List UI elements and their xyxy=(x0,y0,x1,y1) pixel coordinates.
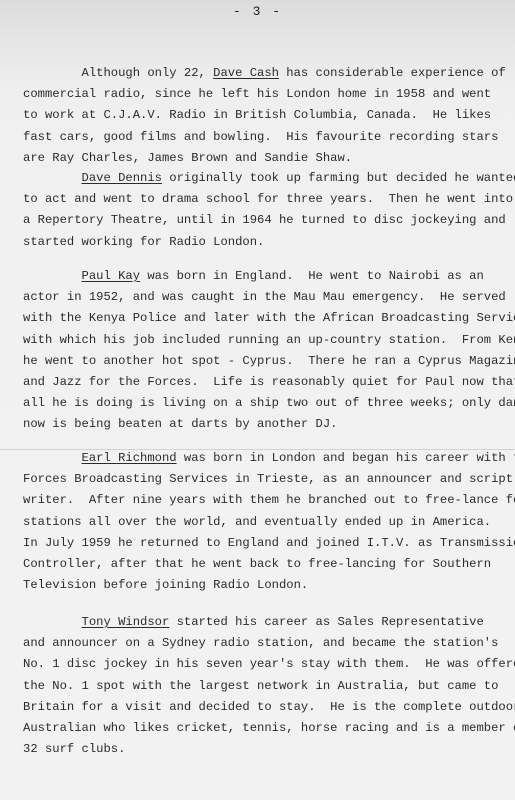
text-line: started working for Radio London. xyxy=(23,232,503,253)
line-text: he went to another hot spot - Cyprus. Th… xyxy=(23,354,515,368)
line-text: 32 surf clubs. xyxy=(23,742,125,756)
line-text: originally took up farming but decided h… xyxy=(162,171,515,185)
text-line: writer. After nine years with them he br… xyxy=(23,490,503,511)
text-line: with which his job included running an u… xyxy=(23,330,503,351)
text-line: Britain for a visit and decided to stay.… xyxy=(23,697,503,718)
text-line: and announcer on a Sydney radio station,… xyxy=(23,633,503,654)
line-text: a Repertory Theatre, until in 1964 he tu… xyxy=(23,213,506,227)
line-text: No. 1 disc jockey in his seven year's st… xyxy=(23,657,515,671)
text-line: he went to another hot spot - Cyprus. Th… xyxy=(23,351,503,372)
line-text: writer. After nine years with them he br… xyxy=(23,493,515,507)
dj-name-underlined: Tony Windsor xyxy=(82,615,170,629)
text-line: Dave Dennis originally took up farming b… xyxy=(23,168,503,189)
dj-name-underlined: Dave Cash xyxy=(213,66,279,80)
line-text: was born in England. He went to Nairobi … xyxy=(140,269,484,283)
line-text: stations all over the world, and eventua… xyxy=(23,515,491,529)
text-line: the No. 1 spot with the largest network … xyxy=(23,676,503,697)
text-line: Tony Windsor started his career as Sales… xyxy=(23,612,503,633)
text-line: 32 surf clubs. xyxy=(23,739,503,760)
line-text: fast cars, good films and bowling. His f… xyxy=(23,130,498,144)
line-text: Forces Broadcasting Services in Trieste,… xyxy=(23,472,513,486)
line-text: In July 1959 he returned to England and … xyxy=(23,536,515,550)
text-line: all he is doing is living on a ship two … xyxy=(23,393,503,414)
dj-name-underlined: Earl Richmond xyxy=(82,451,177,465)
text-line: to act and went to drama school for thre… xyxy=(23,189,503,210)
line-text: all he is doing is living on a ship two … xyxy=(23,396,515,410)
line-text xyxy=(23,171,82,185)
text-line: Controller, after that he went back to f… xyxy=(23,554,503,575)
text-line: Forces Broadcasting Services in Trieste,… xyxy=(23,469,503,490)
line-text: the No. 1 spot with the largest network … xyxy=(23,679,498,693)
line-text: Australian who likes cricket, tennis, ho… xyxy=(23,721,515,735)
text-line: Although only 22, Dave Cash has consider… xyxy=(23,63,503,84)
text-line: Earl Richmond was born in London and beg… xyxy=(23,448,503,469)
page-number: - 3 - xyxy=(0,4,515,19)
line-text: to work at C.J.A.V. Radio in British Col… xyxy=(23,108,491,122)
text-line: now is being beaten at darts by another … xyxy=(23,414,503,435)
line-text: Although only 22, xyxy=(23,66,213,80)
text-line: a Repertory Theatre, until in 1964 he tu… xyxy=(23,210,503,231)
line-text: with which his job included running an u… xyxy=(23,333,515,347)
text-line: stations all over the world, and eventua… xyxy=(23,512,503,533)
paragraph-dave-dennis: Dave Dennis originally took up farming b… xyxy=(23,168,503,253)
text-line: with the Kenya Police and later with the… xyxy=(23,308,503,329)
text-line: and Jazz for the Forces. Life is reasona… xyxy=(23,372,503,393)
line-text: started working for Radio London. xyxy=(23,235,264,249)
text-line: No. 1 disc jockey in his seven year's st… xyxy=(23,654,503,675)
line-text: Controller, after that he went back to f… xyxy=(23,557,491,571)
paragraph-dave-cash: Although only 22, Dave Cash has consider… xyxy=(23,63,503,169)
line-text: to act and went to drama school for thre… xyxy=(23,192,513,206)
text-line: commercial radio, since he left his Lond… xyxy=(23,84,503,105)
line-text: and announcer on a Sydney radio station,… xyxy=(23,636,498,650)
paragraph-tony-windsor: Tony Windsor started his career as Sales… xyxy=(23,612,503,760)
paragraph-paul-kay: Paul Kay was born in England. He went to… xyxy=(23,266,503,436)
line-text: has considerable experience of xyxy=(279,66,506,80)
line-text: and Jazz for the Forces. Life is reasona… xyxy=(23,375,515,389)
text-line: actor in 1952, and was caught in the Mau… xyxy=(23,287,503,308)
line-text: started his career as Sales Representati… xyxy=(169,615,484,629)
line-text: Television before joining Radio London. xyxy=(23,578,308,592)
line-text: are Ray Charles, James Brown and Sandie … xyxy=(23,151,352,165)
line-text xyxy=(23,615,82,629)
text-line: In July 1959 he returned to England and … xyxy=(23,533,503,554)
line-text xyxy=(23,451,82,465)
line-text: Britain for a visit and decided to stay.… xyxy=(23,700,515,714)
text-line: are Ray Charles, James Brown and Sandie … xyxy=(23,148,503,169)
paragraph-earl-richmond: Earl Richmond was born in London and beg… xyxy=(23,448,503,596)
text-line: to work at C.J.A.V. Radio in British Col… xyxy=(23,105,503,126)
text-line: fast cars, good films and bowling. His f… xyxy=(23,127,503,148)
line-text: was born in London and began his career … xyxy=(177,451,515,465)
text-line: Paul Kay was born in England. He went to… xyxy=(23,266,503,287)
dj-name-underlined: Dave Dennis xyxy=(82,171,162,185)
line-text: commercial radio, since he left his Lond… xyxy=(23,87,491,101)
text-line: Television before joining Radio London. xyxy=(23,575,503,596)
dj-name-underlined: Paul Kay xyxy=(82,269,141,283)
text-line: Australian who likes cricket, tennis, ho… xyxy=(23,718,503,739)
line-text: now is being beaten at darts by another … xyxy=(23,417,338,431)
line-text: actor in 1952, and was caught in the Mau… xyxy=(23,290,506,304)
line-text xyxy=(23,269,82,283)
line-text: with the Kenya Police and later with the… xyxy=(23,311,515,325)
